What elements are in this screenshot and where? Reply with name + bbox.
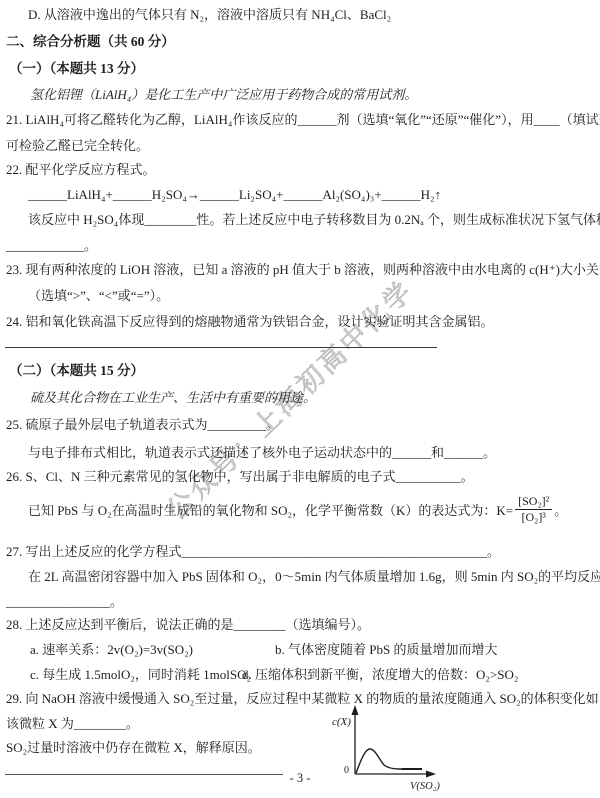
question-22-equation: ______LiAlH₄+______H₂SO₄→______Li₂SO₄+__… (28, 186, 441, 203)
part2-title: （二）（本题共 15 分） (9, 362, 144, 379)
question-24-text: 24. 铝和氧化铁高温下反应得到的熔融物通常为铁铝合金，设计实验证明其含金属铝。 (6, 313, 494, 330)
question-26-line1: 26. S、Cl、N 三种元素常见的氢化物中，写出属于非电解质的电子式_____… (6, 468, 474, 485)
question-22-prompt: 22. 配平化学反应方程式。 (6, 161, 156, 178)
question-27-blank: ________________。 (6, 593, 123, 610)
exam-page: 公众号：上海初高中化学 D. 从溶液中逸出的气体只有 N₂，溶液中溶质只有 NH… (0, 0, 600, 798)
question-22-blank: ____________。 (6, 237, 97, 254)
question-28-option-c: c. 每生成 1.5molO₂，同时消耗 1molSO₂ (30, 666, 251, 683)
question-29-line3: SO₂过量时溶液中仍存在微粒 X，解释原因。 (6, 739, 261, 756)
k-fraction-numerator: [SO₂]² (515, 494, 552, 509)
k-expression-fraction: [SO₂]² [O₂]³ (515, 494, 552, 524)
page-number: - 3 - (0, 771, 600, 786)
question-22-line2: 该反应中 H₂SO₄体现________性。若上述反应中电子转移数目为 0.2N… (28, 211, 600, 228)
k-expression-suffix: 。 (554, 500, 567, 519)
question-25-line2: 与电子排布式相比，轨道表示式还描述了核外电子运动状态中的______和_____… (28, 444, 496, 461)
question-21-line1: 21. LiAlH₄可将乙醛转化为乙醇，LiAlH₄作该反应的______剂（选… (6, 111, 600, 128)
chart-y-axis-arrow-icon (352, 705, 359, 715)
answer-rule-q24 (5, 347, 437, 348)
k-fraction-denominator: [O₂]³ (515, 510, 552, 524)
question-29-line2: 该微粒 X 为________。 (6, 715, 139, 732)
option-d-text: D. 从溶液中逸出的气体只有 N₂，溶液中溶质只有 NH₄Cl、BaCl₂ (28, 6, 391, 23)
question-28-option-b: b. 气体密度随着 PbS 的质量增加而增大 (275, 641, 497, 658)
question-26-k-expression: 已知 PbS 与 O₂在高温时生成铅的氧化物和 SO₂，化学平衡常数（K）的表达… (28, 488, 567, 530)
chart-y-axis-label: c(X) (332, 716, 351, 728)
question-23-line1: 23. 现有两种浓度的 LiOH 溶液，已知 a 溶液的 pH 值大于 b 溶液… (6, 261, 600, 278)
question-23-line2: （选填“>”、“<”或“=”）。 (28, 287, 169, 304)
question-21-line2: 可检验乙醛已完全转化。 (6, 137, 149, 154)
part2-intro: 硫及其化合物在工业生产、生活中有重要的用途。 (30, 389, 316, 406)
question-27-line2: 在 2L 高温密闭容器中加入 PbS 固体和 O₂，0～5min 内气体质量增加… (28, 568, 600, 585)
question-28-option-a: a. 速率关系：2v(O₂)=3v(SO₂) (30, 641, 193, 658)
part1-title: （一）（本题共 13 分） (9, 60, 144, 77)
question-27-line1: 27. 写出上述反应的化学方程式________________________… (6, 543, 500, 560)
question-28-line1: 28. 上述反应达到平衡后，说法正确的是________（选填编号）。 (6, 616, 370, 633)
question-25-line1: 25. 硫原子最外层电子轨道表示式为_________。 (6, 416, 279, 433)
question-28-option-d: d. 压缩体积到新平衡，浓度增大的倍数：O₂>SO₂ (242, 666, 518, 683)
question-29-line1: 29. 向 NaOH 溶液中缓慢通入 SO₂至过量，反应过程中某微粒 X 的物质… (6, 690, 600, 707)
part1-intro: 氢化铝锂（LiAlH₄）是化工生产中广泛应用于药物合成的常用试剂。 (30, 86, 417, 103)
section-title: 二、综合分析题（共 60 分） (6, 33, 175, 50)
k-expression-prefix: 已知 PbS 与 O₂在高温时生成铅的氧化物和 SO₂，化学平衡常数（K）的表达… (28, 500, 513, 519)
